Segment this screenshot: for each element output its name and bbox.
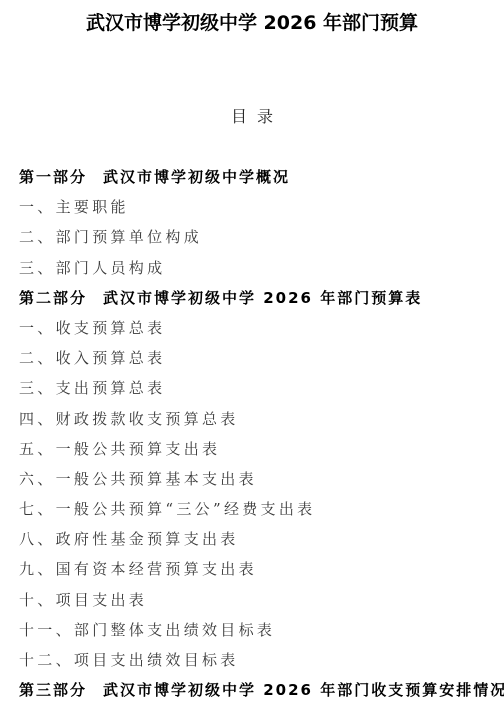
toc-item[interactable]: 三、支出预算总表 bbox=[19, 376, 504, 406]
toc-item[interactable]: 一、主要职能 bbox=[19, 195, 504, 225]
toc-part-2[interactable]: 第二部分武汉市博学初级中学 2026 年部门预算表 bbox=[19, 286, 504, 316]
toc-heading: 目录 bbox=[0, 104, 504, 127]
toc-item[interactable]: 十一、部门整体支出绩效目标表 bbox=[19, 618, 504, 648]
table-of-contents: 第一部分武汉市博学初级中学概况 一、主要职能 二、部门预算单位构成 三、部门人员… bbox=[19, 165, 504, 708]
part-label: 第一部分 bbox=[19, 165, 87, 189]
toc-item[interactable]: 十、项目支出表 bbox=[19, 588, 504, 618]
toc-item[interactable]: 十二、项目支出绩效目标表 bbox=[19, 648, 504, 678]
toc-item[interactable]: 九、国有资本经营预算支出表 bbox=[19, 557, 504, 587]
part-label: 第二部分 bbox=[19, 286, 87, 310]
toc-part-3[interactable]: 第三部分武汉市博学初级中学 2026 年部门收支预算安排情况 bbox=[19, 678, 504, 708]
part-title: 武汉市博学初级中学 2026 年部门收支预算安排情况 bbox=[103, 681, 504, 699]
part-title: 武汉市博学初级中学 2026 年部门预算表 bbox=[103, 289, 422, 307]
toc-item[interactable]: 一、收支预算总表 bbox=[19, 316, 504, 346]
part-title: 武汉市博学初级中学概况 bbox=[103, 168, 290, 186]
toc-item[interactable]: 四、财政拨款收支预算总表 bbox=[19, 407, 504, 437]
toc-item[interactable]: 八、政府性基金预算支出表 bbox=[19, 527, 504, 557]
toc-item[interactable]: 二、部门预算单位构成 bbox=[19, 225, 504, 255]
part-label: 第三部分 bbox=[19, 678, 87, 702]
toc-item[interactable]: 三、部门人员构成 bbox=[19, 256, 504, 286]
toc-part-1[interactable]: 第一部分武汉市博学初级中学概况 bbox=[19, 165, 504, 195]
toc-item[interactable]: 二、收入预算总表 bbox=[19, 346, 504, 376]
toc-item[interactable]: 七、一般公共预算“三公”经费支出表 bbox=[19, 497, 504, 527]
toc-item[interactable]: 五、一般公共预算支出表 bbox=[19, 437, 504, 467]
toc-item[interactable]: 六、一般公共预算基本支出表 bbox=[19, 467, 504, 497]
document-title: 武汉市博学初级中学 2026 年部门预算 bbox=[0, 8, 504, 35]
